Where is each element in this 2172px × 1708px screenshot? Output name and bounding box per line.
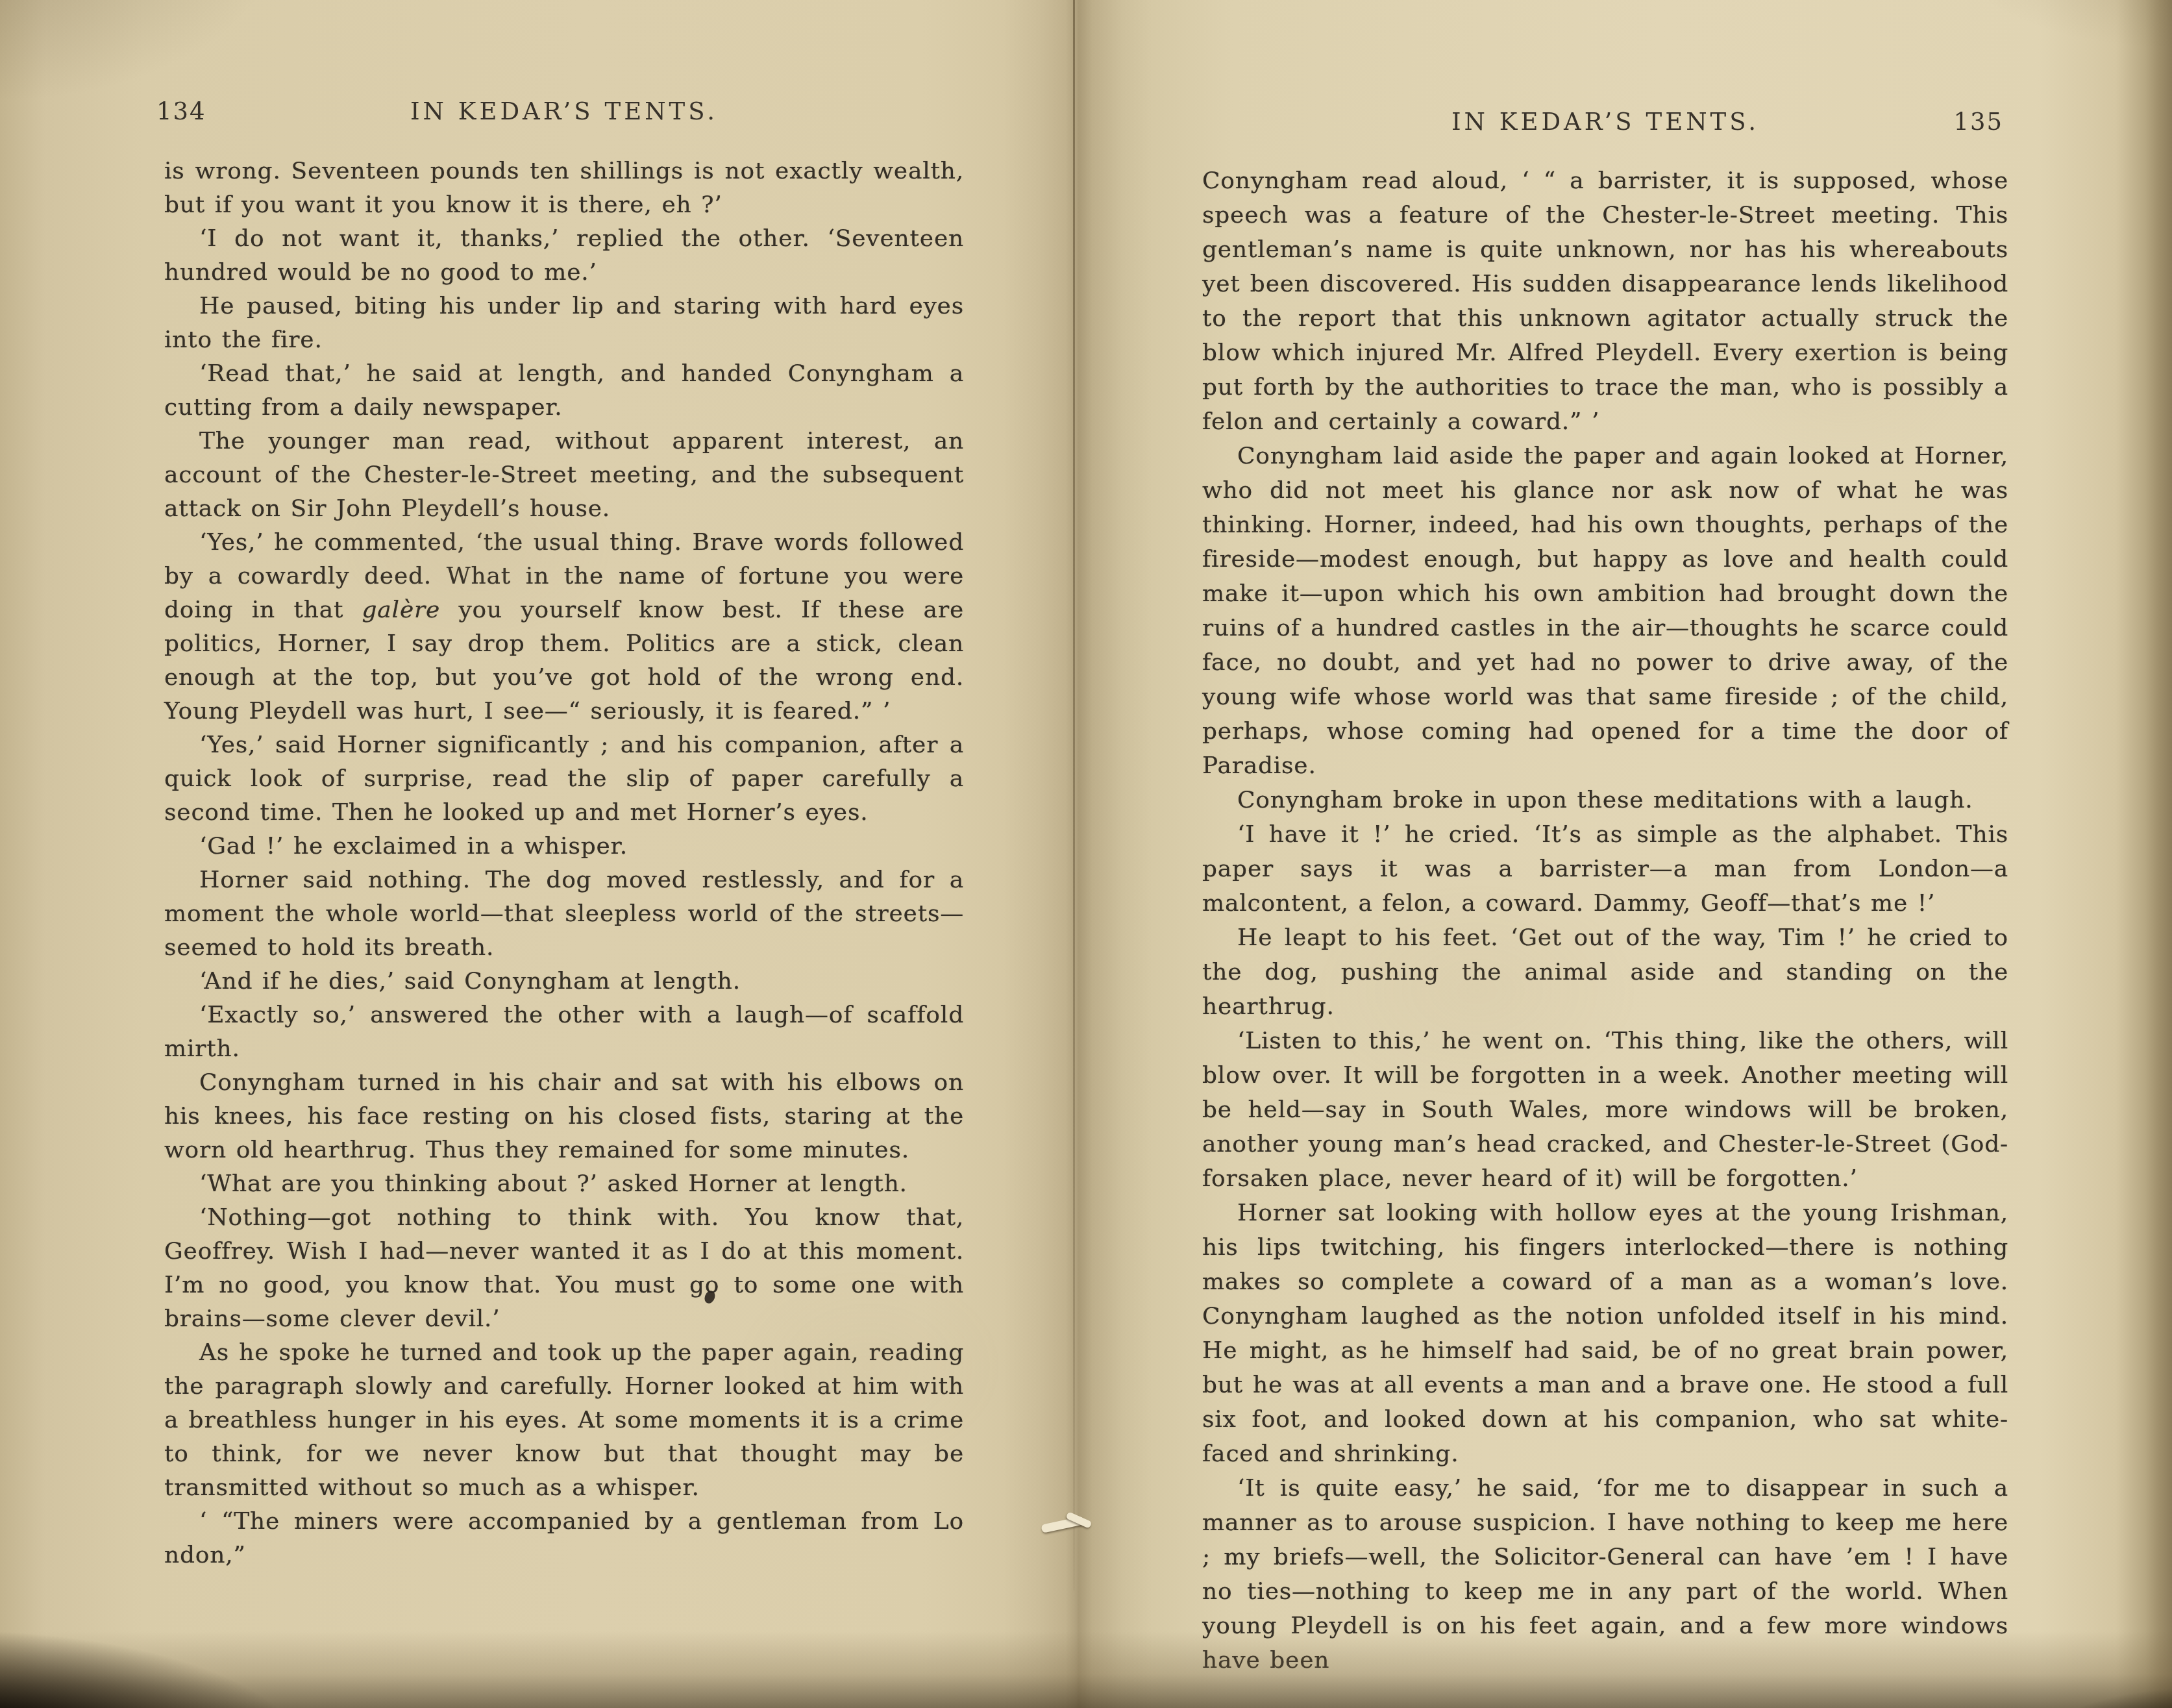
text-run: ‘What are you thinking about ?’ asked Ho… — [199, 1170, 907, 1197]
text-run: He leapt to his feet. ‘Get out of the wa… — [1202, 924, 2008, 1020]
paragraph: is wrong. Seventeen pounds ten shillings… — [164, 155, 964, 222]
text-run: ‘Exactly so,’ answered the other with a … — [164, 1002, 964, 1062]
text-run: ‘And if he dies,’ said Conyngham at leng… — [199, 968, 741, 995]
text-run: Conyngham turned in his chair and sat wi… — [164, 1069, 964, 1163]
paragraph: Conyngham broke in upon these meditation… — [1202, 783, 2008, 817]
book-spread: 134 IN KEDAR’S TENTS. is wrong. Seventee… — [0, 0, 2172, 1708]
text-run: Conyngham read aloud, ‘ “ a barrister, i… — [1202, 167, 2008, 435]
running-head-left: IN KEDAR’S TENTS. — [164, 97, 964, 125]
paragraph: ‘It is quite easy,’ he said, ‘for me to … — [1202, 1471, 2008, 1677]
paragraph: Conyngham laid aside the paper and again… — [1202, 439, 2008, 783]
text-run: ‘Yes,’ said Horner significantly ; and h… — [164, 732, 964, 826]
paragraph: Conyngham turned in his chair and sat wi… — [164, 1066, 964, 1167]
text-run: ‘ “The miners were accompanied by a gent… — [164, 1508, 964, 1568]
text-run: Horner sat looking with hollow eyes at t… — [1202, 1200, 2008, 1467]
paragraph: ‘I do not want it, thanks,’ replied the … — [164, 222, 964, 290]
text-run: ‘I do not want it, thanks,’ replied the … — [164, 225, 964, 286]
paragraph: He leapt to his feet. ‘Get out of the wa… — [1202, 921, 2008, 1024]
paragraph: Horner said nothing. The dog moved restl… — [164, 863, 964, 965]
text-run: ‘It is quite easy,’ he said, ‘for me to … — [1202, 1475, 2008, 1674]
text-run: Horner said nothing. The dog moved restl… — [164, 867, 964, 961]
text-run: ‘Listen to this,’ he went on. ‘This thin… — [1202, 1028, 2008, 1192]
text-run: The younger man read, without apparent i… — [164, 428, 964, 522]
binding-stitch — [1037, 1505, 1102, 1544]
text-run: ‘Nothing—got nothing to think with. You … — [164, 1204, 964, 1332]
paragraph: ‘I have it !’ he cried. ‘It’s as simple … — [1202, 817, 2008, 921]
page-body-left: is wrong. Seventeen pounds ten shillings… — [164, 155, 964, 1572]
page-134: 134 IN KEDAR’S TENTS. is wrong. Seventee… — [0, 0, 1078, 1708]
paragraph: ‘ “The miners were accompanied by a gent… — [164, 1505, 964, 1572]
paragraph: ‘Gad !’ he exclaimed in a whisper. — [164, 830, 964, 863]
paragraph: As he spoke he turned and took up the pa… — [164, 1336, 964, 1505]
paragraph: ‘Yes,’ he commented, ‘the usual thing. B… — [164, 526, 964, 728]
text-run: Conyngham laid aside the paper and again… — [1202, 443, 2008, 779]
paragraph: ‘Read that,’ he said at length, and hand… — [164, 357, 964, 425]
paragraph: ‘Nothing—got nothing to think with. You … — [164, 1201, 964, 1336]
page-135: 135 IN KEDAR’S TENTS. Conyngham read alo… — [1078, 0, 2172, 1708]
running-head-right: IN KEDAR’S TENTS. — [1202, 108, 2008, 136]
text-run: is wrong. Seventeen pounds ten shillings… — [164, 158, 964, 218]
paragraph: ‘What are you thinking about ?’ asked Ho… — [164, 1167, 964, 1201]
text-run: ‘Gad !’ he exclaimed in a whisper. — [199, 833, 628, 860]
gutter-line — [1073, 0, 1075, 1590]
paragraph: ‘Listen to this,’ he went on. ‘This thin… — [1202, 1024, 2008, 1196]
paragraph: ‘And if he dies,’ said Conyngham at leng… — [164, 965, 964, 998]
paragraph: The younger man read, without apparent i… — [164, 425, 964, 526]
paragraph: He paused, biting his under lip and star… — [164, 290, 964, 357]
text-run: He paused, biting his under lip and star… — [164, 293, 964, 353]
page-body-right: Conyngham read aloud, ‘ “ a barrister, i… — [1202, 164, 2008, 1677]
text-run: Conyngham broke in upon these meditation… — [1237, 787, 1973, 813]
text-run: ‘I have it !’ he cried. ‘It’s as simple … — [1202, 821, 2008, 917]
paragraph: ‘Exactly so,’ answered the other with a … — [164, 998, 964, 1066]
text-run: As he spoke he turned and took up the pa… — [164, 1339, 964, 1501]
paragraph: Horner sat looking with hollow eyes at t… — [1202, 1196, 2008, 1471]
text-run: ‘Read that,’ he said at length, and hand… — [164, 360, 964, 421]
paragraph: Conyngham read aloud, ‘ “ a barrister, i… — [1202, 164, 2008, 439]
italic-text: galère — [362, 597, 440, 623]
paragraph: ‘Yes,’ said Horner significantly ; and h… — [164, 728, 964, 830]
